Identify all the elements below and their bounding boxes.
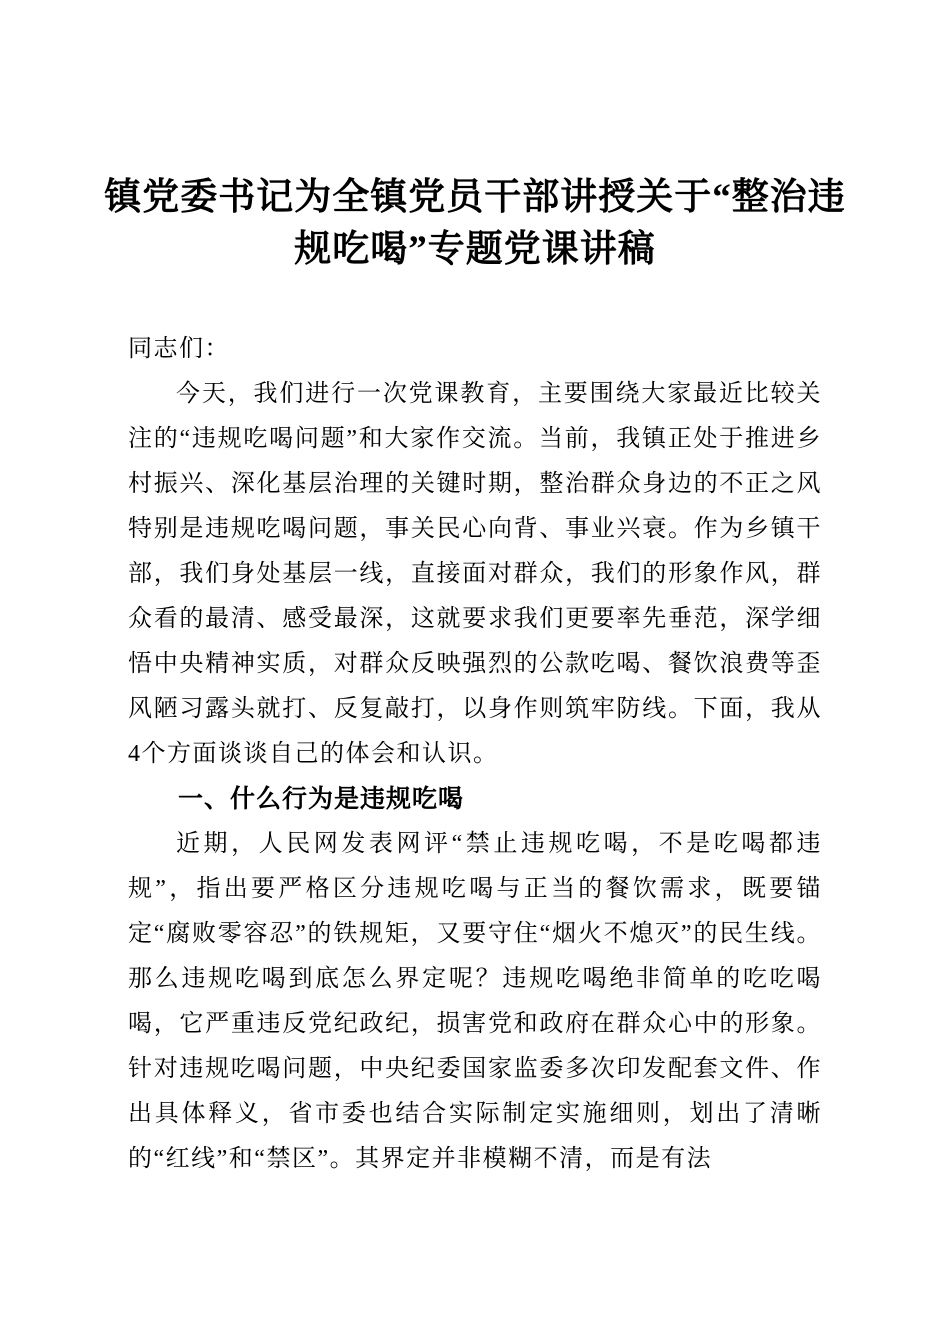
document-title: 镇党委书记为全镇党员干部讲授关于“整治违 规吃喝”专题党课讲稿 (128, 0, 822, 276)
document-title-line-2: 规吃喝”专题党课讲稿 (294, 224, 656, 276)
paragraph-section-1: 近期，人民网发表网评“禁止违规吃喝，不是吃喝都违规”，指出要严格区分违规吃喝与正… (128, 822, 822, 1182)
section-heading-1: 一、什么行为是违规吃喝 (128, 777, 822, 822)
salutation: 同志们： (128, 327, 822, 372)
document-content: 镇党委书记为全镇党员干部讲授关于“整治违 规吃喝”专题党课讲稿 同志们： 今天，… (128, 0, 822, 1182)
document-body: 同志们： 今天，我们进行一次党课教育，主要围绕大家最近比较关注的“违规吃喝问题”… (128, 327, 822, 1182)
paragraph-introduction: 今天，我们进行一次党课教育，主要围绕大家最近比较关注的“违规吃喝问题”和大家作交… (128, 372, 822, 777)
document-page: 镇党委书记为全镇党员干部讲授关于“整治违 规吃喝”专题党课讲稿 同志们： 今天，… (0, 0, 950, 1344)
document-title-line-1: 镇党委书记为全镇党员干部讲授关于“整治违 (104, 172, 846, 224)
